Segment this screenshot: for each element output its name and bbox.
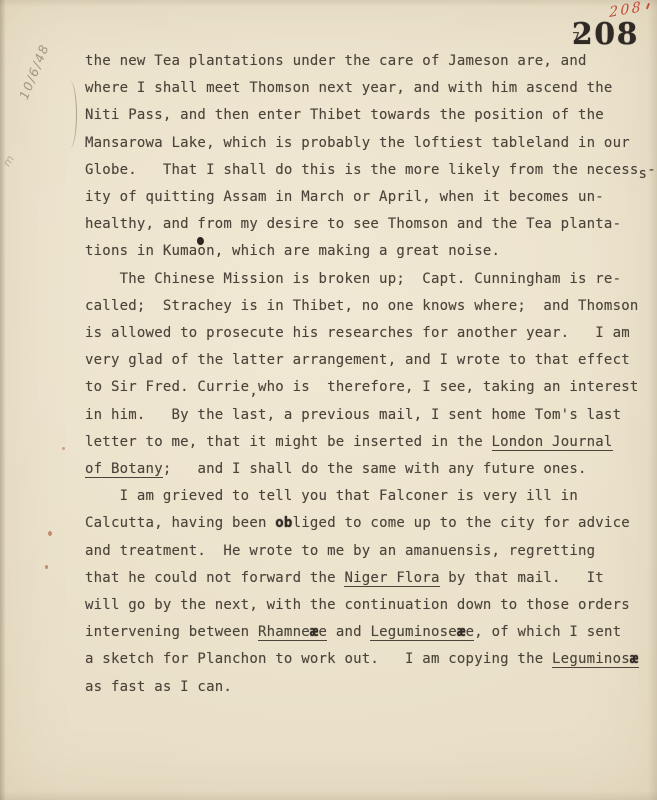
text-segment: as fast as I can.: [85, 679, 232, 695]
text-segment: tions in Kumaon, which are making a grea…: [85, 243, 500, 259]
text-line: tions in Kumaon, which are making a grea…: [85, 238, 651, 265]
text-segment: -: [647, 162, 656, 178]
text-segment: Globe. That I shall do this is the more …: [85, 162, 639, 178]
text-line: where I shall meet Thomson next year, an…: [85, 75, 651, 102]
text-segment: æ: [310, 624, 319, 641]
text-segment: e: [319, 624, 328, 641]
text-line: intervening between Rhamneæe and Legumin…: [85, 619, 651, 646]
text-line: The Chinese Mission is broken up; Capt. …: [85, 266, 651, 293]
text-segment: ob: [275, 515, 292, 531]
text-segment: Niti Pass, and then enter Thibet towards…: [85, 107, 604, 123]
text-segment: a sketch for Planchon to work out. I am …: [85, 651, 552, 667]
text-segment: , of which I sent: [474, 624, 621, 640]
text-segment: ,: [249, 383, 258, 399]
text-line: called; Strachey is in Thibet, no one kn…: [85, 293, 651, 320]
pencil-arc-mark: [63, 81, 77, 148]
text-line: that he could not forward the Niger Flor…: [85, 565, 651, 592]
text-line: letter to me, that it might be inserted …: [85, 429, 651, 456]
text-segment: London Journal: [492, 434, 613, 451]
text-line: is allowed to prosecute his researches f…: [85, 320, 651, 347]
text-segment: the new Tea plantations under the care o…: [85, 53, 587, 69]
text-segment: where I shall meet Thomson next year, an…: [85, 80, 613, 96]
pencil-date-note: 10/6/48: [8, 22, 59, 120]
text-segment: very glad of the latter arrangement, and…: [85, 352, 630, 368]
text-segment: is allowed to prosecute his researches f…: [85, 325, 630, 341]
document-page: 208 7 208 10/6/48 m the new Tea plantati…: [0, 0, 657, 800]
paper-stain-speck: [45, 565, 48, 569]
text-segment: e: [466, 624, 475, 641]
text-segment: and treatment. He wrote to me by an aman…: [85, 543, 595, 559]
text-line: of Botany; and I shall do the same with …: [85, 456, 651, 483]
stamped-folio-number: 208: [572, 20, 639, 50]
text-segment: intervening between: [85, 624, 258, 640]
text-segment: will go by the next, with the continuati…: [85, 597, 630, 613]
red-tick-mark: [645, 3, 649, 9]
text-line: Globe. That I shall do this is the more …: [85, 157, 651, 184]
text-segment: who is therefore, I see, taking an inter…: [258, 379, 639, 395]
document-lines: the new Tea plantations under the care o…: [85, 48, 651, 701]
text-line: I am grieved to tell you that Falconer i…: [85, 483, 651, 510]
text-line: very glad of the latter arrangement, and…: [85, 347, 651, 374]
text-segment: ; and I shall do the same with any futur…: [163, 461, 587, 477]
text-segment: ity of quitting Assam in March or April,…: [85, 189, 604, 205]
text-segment: by that mail. It: [440, 570, 604, 586]
text-segment: Calcutta, having been: [85, 515, 275, 531]
text-segment: in him. By the last, a previous mail, I …: [85, 407, 621, 423]
text-line: and treatment. He wrote to me by an aman…: [85, 538, 651, 565]
text-segment: Niger Flora: [344, 570, 439, 587]
paper-stain-speck: [62, 447, 65, 450]
text-segment: s: [639, 166, 648, 182]
text-line: Niti Pass, and then enter Thibet towards…: [85, 102, 651, 129]
text-line: Mansarowa Lake, which is probably the lo…: [85, 130, 651, 157]
pencil-initials-note: m: [0, 152, 17, 169]
text-line: the new Tea plantations under the care o…: [85, 48, 651, 75]
text-segment: The Chinese Mission is broken up; Capt. …: [85, 271, 621, 287]
text-segment: to Sir Fred. Currie: [85, 379, 249, 395]
text-line: Calcutta, having been obliged to come up…: [85, 510, 651, 537]
text-line: ity of quitting Assam in March or April,…: [85, 184, 651, 211]
text-line: in him. By the last, a previous mail, I …: [85, 402, 651, 429]
text-segment: Mansarowa Lake, which is probably the lo…: [85, 135, 630, 151]
text-segment: I am grieved to tell you that Falconer i…: [85, 488, 578, 504]
text-line: healthy, and from my desire to see Thoms…: [85, 211, 651, 238]
text-segment: Leguminos: [552, 651, 630, 668]
text-segment: and: [327, 624, 370, 640]
text-segment: letter to me, that it might be inserted …: [85, 434, 492, 450]
paper-stain-speck: [48, 531, 52, 536]
text-segment: called; Strachey is in Thibet, no one kn…: [85, 298, 639, 314]
text-segment: Rhamne: [258, 624, 310, 641]
text-segment: æ: [457, 624, 466, 641]
text-line: as fast as I can.: [85, 674, 651, 701]
text-segment: of Botany: [85, 461, 163, 478]
text-segment: liged to come up to the city for advice: [293, 515, 630, 531]
text-line: to Sir Fred. Currie,who is therefore, I …: [85, 374, 651, 401]
text-segment: æ: [630, 651, 639, 668]
text-line: will go by the next, with the continuati…: [85, 592, 651, 619]
text-segment: healthy, and from my desire to see Thoms…: [85, 216, 621, 232]
text-segment: Leguminose: [370, 624, 457, 641]
text-segment: that he could not forward the: [85, 570, 344, 586]
text-line: a sketch for Planchon to work out. I am …: [85, 646, 651, 673]
